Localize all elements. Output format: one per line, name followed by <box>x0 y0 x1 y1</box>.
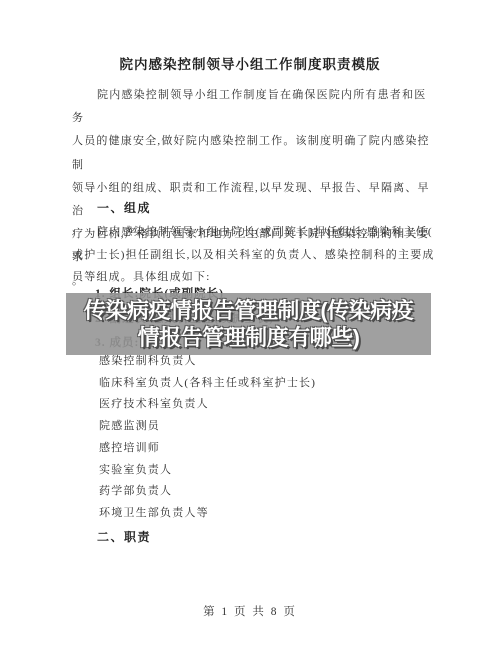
list-item: 感控培训师 <box>99 438 316 460</box>
list-item: 药学部负责人 <box>99 481 316 503</box>
list-item: 环境卫生部负责人等 <box>99 503 316 525</box>
section-heading-composition: 一、组成 <box>97 199 151 216</box>
watermark-overlay: 传染病疫情报告管理制度(传染病疫 情报告管理制度有哪些) <box>66 293 431 355</box>
list-item: 实验室负责人 <box>99 460 316 482</box>
section-heading-duties: 二、职责 <box>97 528 151 545</box>
composition-paragraph: 院内感染控制领导小组由院长(或副院长)担任组长,感染科主任( 或护士长)担任副组… <box>72 221 438 289</box>
watermark-text-line: 传染病疫情报告管理制度(传染病疫 <box>84 297 413 324</box>
page-number-footer: 第 1 页 共 8 页 <box>0 603 500 619</box>
text-line: 院内感染控制领导小组工作制度旨在确保医院内所有患者和医务 <box>72 84 438 130</box>
document-page: 院内感染控制领导小组工作制度职责模版 院内感染控制领导小组工作制度旨在确保医院内… <box>0 0 500 647</box>
member-list: 感染控制科负责人 临床科室负责人(各科主任或科室护士长) 医疗技术科室负责人 院… <box>99 351 316 525</box>
watermark-text-line: 情报告管理制度有哪些) <box>138 324 360 351</box>
text-line: 人员的健康安全,做好院内感染控制工作。该制度明确了院内感染控制 <box>72 130 438 176</box>
document-title: 院内感染控制领导小组工作制度职责模版 <box>0 53 500 73</box>
text-line: 院内感染控制领导小组由院长(或副院长)担任组长,感染科主任( <box>72 221 438 244</box>
list-item: 临床科室负责人(各科主任或科室护士长) <box>99 373 316 395</box>
text-line: 或护士长)担任副组长,以及相关科室的负责人、感染控制科的主要成 <box>72 244 438 267</box>
list-item: 院感监测员 <box>99 416 316 438</box>
list-item: 医疗技术科室负责人 <box>99 394 316 416</box>
